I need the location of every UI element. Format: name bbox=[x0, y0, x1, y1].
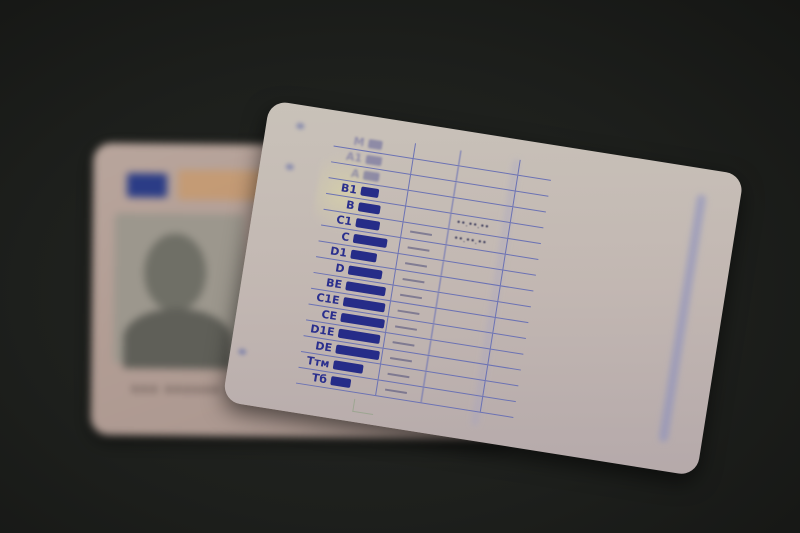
holder-photo bbox=[113, 213, 245, 364]
eu-flag-icon bbox=[127, 173, 167, 197]
category-table: MA1AB1B••.••.••C1••.••.••CD1DBEC1ECED1ED… bbox=[296, 131, 553, 418]
security-stripe bbox=[658, 194, 706, 442]
corner-mark-icon bbox=[296, 122, 305, 129]
corner-mark-icon bbox=[285, 163, 294, 170]
corner-mark-icon bbox=[238, 348, 247, 355]
photo-scene: ••• •••••• ••••••• MA1AB1B••.••.••C1••.•… bbox=[0, 0, 800, 533]
category-code: Tб bbox=[296, 369, 332, 387]
